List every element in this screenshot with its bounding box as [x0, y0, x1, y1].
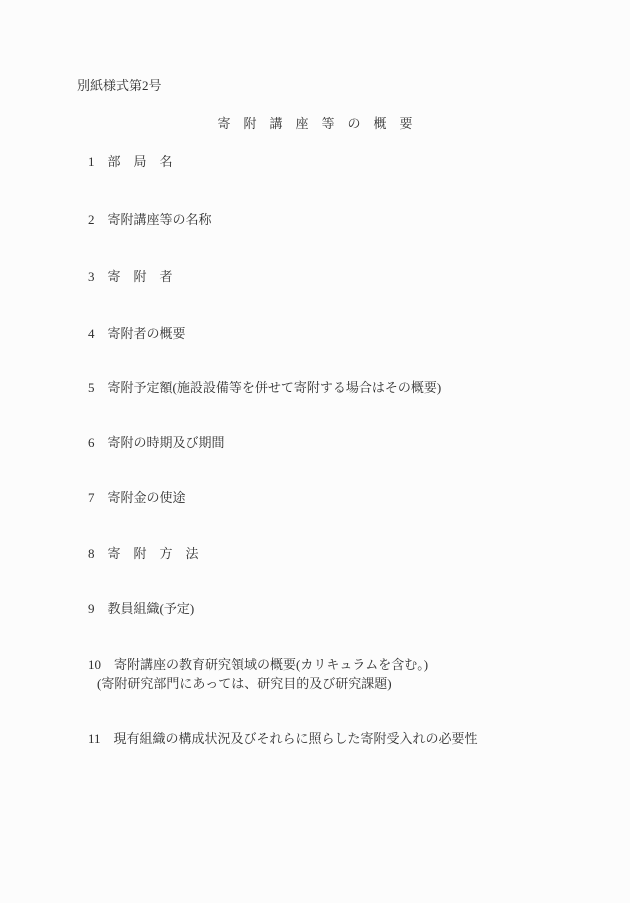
item-number: 7 — [88, 491, 95, 504]
item-label: 寄附講座の教育研究領域の概要(カリキュラムを含む。) — [114, 658, 428, 671]
form-number: 別紙様式第2号 — [77, 79, 162, 92]
form-item-1: 1 部 局 名 — [88, 155, 173, 168]
form-item-3: 3 寄 附 者 — [88, 270, 173, 283]
item-number: 2 — [88, 213, 95, 226]
item-number: 3 — [88, 270, 95, 283]
item-number: 1 — [88, 155, 95, 168]
item-label: 寄附者の概要 — [108, 327, 186, 340]
item-number: 11 — [88, 732, 101, 745]
form-item-7: 7 寄附金の使途 — [88, 491, 186, 504]
item-number: 5 — [88, 381, 95, 394]
document-page: 別紙様式第2号 寄 附 講 座 等 の 概 要 1 部 局 名 2 寄附講座等の… — [0, 0, 630, 903]
item-number: 4 — [88, 327, 95, 340]
item-number: 10 — [88, 658, 101, 671]
form-item-11: 11 現有組織の構成状況及びそれらに照らした寄附受入れの必要性 — [88, 732, 478, 745]
item-number: 8 — [88, 547, 95, 560]
form-item-2: 2 寄附講座等の名称 — [88, 213, 212, 226]
item-subnote: (寄附研究部門にあっては、研究目的及び研究課題) — [97, 677, 428, 690]
item-label: 寄附金の使途 — [108, 491, 186, 504]
document-title: 寄 附 講 座 等 の 概 要 — [0, 117, 630, 130]
form-item-10: 10 寄附講座の教育研究領域の概要(カリキュラムを含む。) (寄附研究部門にあっ… — [88, 658, 428, 690]
form-item-9: 9 教員組織(予定) — [88, 602, 194, 615]
item-label: 寄 附 者 — [108, 270, 173, 283]
item-label: 寄附講座等の名称 — [108, 213, 212, 226]
form-item-8: 8 寄 附 方 法 — [88, 547, 199, 560]
item-number: 6 — [88, 436, 95, 449]
item-label: 寄 附 方 法 — [108, 547, 199, 560]
form-item-4: 4 寄附者の概要 — [88, 327, 186, 340]
item-label: 寄附の時期及び期間 — [108, 436, 225, 449]
form-item-6: 6 寄附の時期及び期間 — [88, 436, 225, 449]
form-item-5: 5 寄附予定額(施設設備等を併せて寄附する場合はその概要) — [88, 381, 441, 394]
item-label: 寄附予定額(施設設備等を併せて寄附する場合はその概要) — [108, 381, 442, 394]
item-label: 教員組織(予定) — [108, 602, 195, 615]
item-label: 部 局 名 — [108, 155, 173, 168]
item-label: 現有組織の構成状況及びそれらに照らした寄附受入れの必要性 — [114, 732, 478, 745]
item-number: 9 — [88, 602, 95, 615]
